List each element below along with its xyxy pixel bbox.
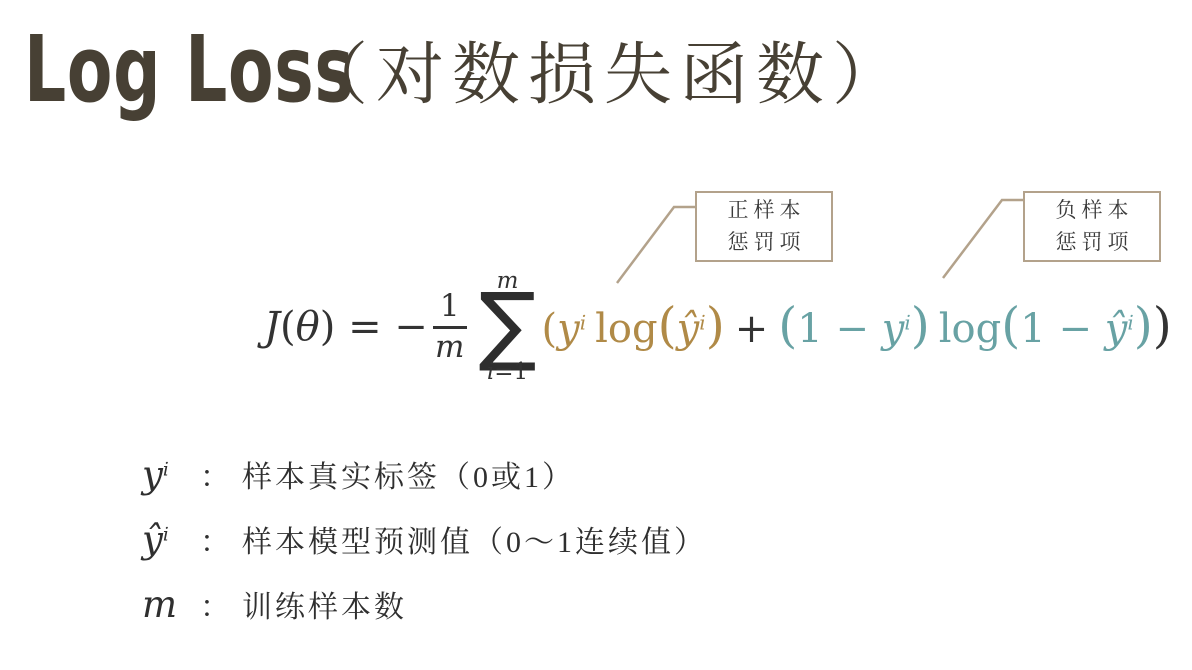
neg-open-paren2: ( [1001,297,1020,354]
callout-negative-line1: 负样本 [1056,195,1134,227]
neg-y: y [882,306,905,352]
neg-close-paren1: ) [911,297,930,354]
symbol-legend: yi：样本真实标签（0或1） ŷi：样本模型预测值（0～1连续值） m：训练样本… [142,452,707,647]
fraction-numerator: 1 [433,289,467,329]
neg-one-minus2: 1 − [1020,306,1104,352]
legend-colon: ： [200,461,230,494]
legend-symbol-yhat-base: ŷ [142,518,163,561]
legend-colon: ： [200,526,230,559]
legend-text-y: 样本真实标签（0或1） [242,461,575,494]
callout-negative-box: 负样本 惩罚项 [1023,191,1161,262]
sum-lower-eq: =1 [494,359,528,385]
negative-penalty-term: (1 − yi)log(1 − ŷi) [778,306,1153,352]
fraction-denominator: m [435,329,464,366]
legend-text-m: 训练样本数 [242,591,407,624]
neg-one-minus1: 1 − [797,306,881,352]
sum-lower-limit: i=1 [487,361,528,384]
callout-positive-box: 正样本 惩罚项 [695,191,833,262]
legend-symbol-y-base: y [142,453,163,496]
callout-positive-line1: 正样本 [728,195,806,227]
legend-item-y: yi：样本真实标签（0或1） [142,452,707,496]
pos-log-open-paren: ( [658,297,677,354]
pos-y: y [557,306,580,352]
legend-symbol-m: m [142,583,200,626]
positive-penalty-term: (yilog(ŷi) [542,306,725,352]
legend-colon: ： [200,591,230,624]
pos-open-paren: ( [542,306,558,352]
log-loss-formula: J(θ) = − 1 m m ∑ i=1 (yilog(ŷi)+(1 − yi)… [264,254,1172,400]
sigma-symbol: ∑ [479,290,537,361]
title-latin-wrap: Log Loss [24,16,300,123]
equals-minus: ) = − [320,304,428,350]
summation-block: m ∑ i=1 [479,270,537,385]
formula-lhs: J(θ) = − [264,305,428,349]
neg-log: log [939,306,1001,352]
closing-paren: ) [1153,297,1172,354]
theta-symbol: θ [296,304,320,350]
pos-log: log [595,306,657,352]
pos-log-close-paren: ) [706,297,725,354]
page-title: Log Loss （对数损失函数） [24,16,908,123]
slide: Log Loss （对数损失函数） 正样本 惩罚项 负样本 惩罚项 J(θ) =… [0,0,1192,670]
legend-item-m: m：训练样本数 [142,582,707,626]
legend-symbol-m-base: m [142,583,177,626]
neg-yhat: ŷ [1105,306,1128,352]
neg-close-paren2: ) [1134,297,1153,354]
formula-terms: (yilog(ŷi)+(1 − yi)log(1 − ŷi)) [542,304,1172,351]
legend-item-yhat: ŷi：样本模型预测值（0～1连续值） [142,517,707,561]
pos-sup-i: i [580,310,586,334]
neg-open-paren1: ( [778,297,797,354]
plus-operator: + [735,306,769,352]
j-symbol: J [264,304,280,350]
legend-text-yhat: 样本模型预测值（0～1连续值） [242,526,707,559]
pos-yhat: ŷ [677,306,700,352]
title-latin: Log Loss [24,16,355,123]
fraction-one-over-m: 1 m [433,289,467,365]
title-cjk: （对数损失函数） [300,21,908,118]
legend-symbol-yhat-sup: i [163,525,169,546]
legend-symbol-yhat: ŷi [142,518,200,561]
lhs-open-paren: ( [280,304,296,350]
legend-symbol-y-sup: i [163,460,169,481]
legend-symbol-y: yi [142,453,200,496]
